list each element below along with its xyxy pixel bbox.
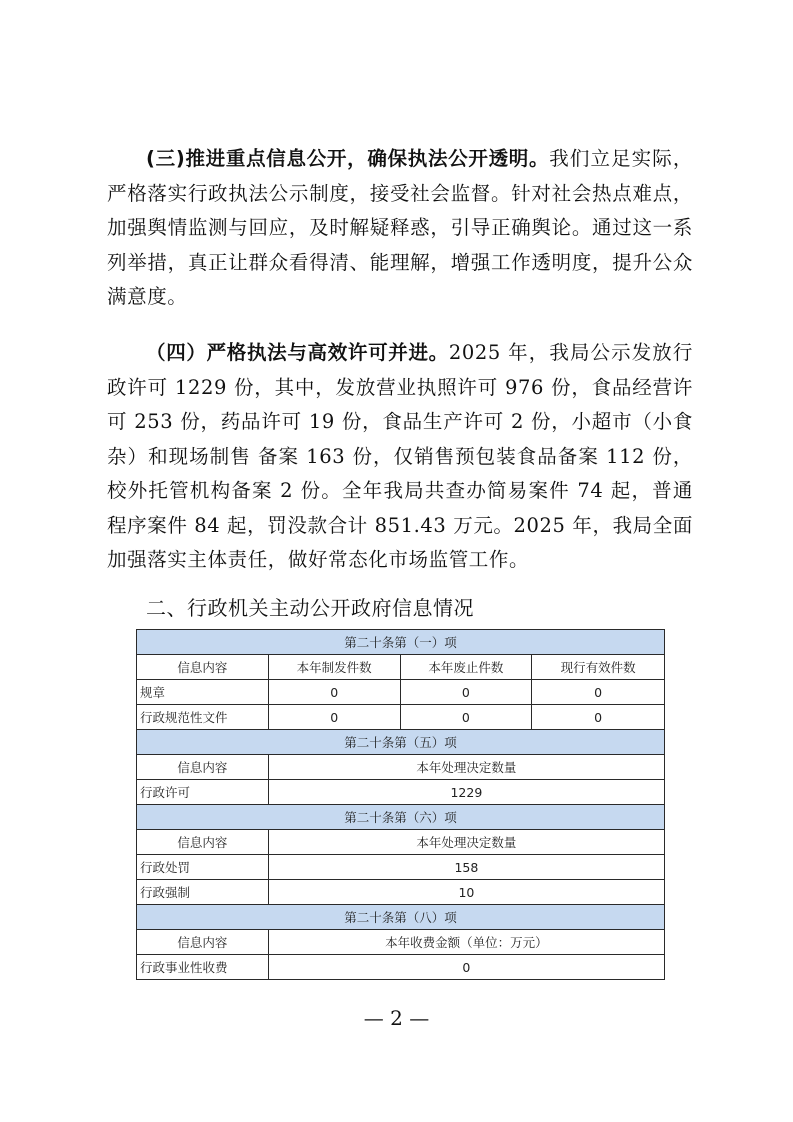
section-4-paragraph: （四）严格执法与高效许可并进。2025 年，我局公示发放行政许可 1229 份，… bbox=[107, 336, 693, 578]
cell-value: 0 bbox=[400, 705, 532, 730]
info-disclosure-table: 第二十条第（一）项 信息内容 本年制发件数 本年废止件数 现行有效件数 规章 0… bbox=[136, 629, 665, 980]
section-4-body: 2025 年，我局公示发放行政许可 1229 份，其中，发放营业执照许可 976… bbox=[107, 341, 693, 571]
cell-value: 0 bbox=[268, 705, 400, 730]
row-label: 行政规范性文件 bbox=[137, 705, 269, 730]
cell-value: 10 bbox=[268, 880, 664, 905]
col-header: 本年收费金额（单位：万元） bbox=[268, 930, 664, 955]
col-header: 信息内容 bbox=[137, 830, 269, 855]
table-row: 行政强制 10 bbox=[137, 880, 665, 905]
row-label: 行政许可 bbox=[137, 780, 269, 805]
row-label: 行政事业性收费 bbox=[137, 955, 269, 980]
col-header: 本年处理决定数量 bbox=[268, 830, 664, 855]
col-header: 现行有效件数 bbox=[532, 655, 665, 680]
table-row: 行政处罚 158 bbox=[137, 855, 665, 880]
row-label: 规章 bbox=[137, 680, 269, 705]
section-heading: 二、行政机关主动公开政府信息情况 bbox=[146, 592, 474, 621]
section-3-paragraph: (三)推进重点信息公开，确保执法公开透明。我们立足实际，严格落实行政执法公示制度… bbox=[107, 142, 693, 315]
table-row: 行政事业性收费 0 bbox=[137, 955, 665, 980]
cell-value: 0 bbox=[532, 680, 665, 705]
page-number: — 2 — bbox=[0, 1006, 793, 1030]
section-3-body: 我们立足实际，严格落实行政执法公示制度，接受社会监督。针对社会热点难点，加强舆情… bbox=[107, 147, 693, 308]
section-title-8: 第二十条第（八）项 bbox=[137, 905, 665, 930]
section-3-title: (三)推进重点信息公开，确保执法公开透明。 bbox=[146, 147, 549, 170]
cell-value: 0 bbox=[268, 680, 400, 705]
col-header: 本年处理决定数量 bbox=[268, 755, 664, 780]
table-row: 行政规范性文件 0 0 0 bbox=[137, 705, 665, 730]
cell-value: 0 bbox=[268, 955, 664, 980]
cell-value: 0 bbox=[532, 705, 665, 730]
col-header: 本年废止件数 bbox=[400, 655, 532, 680]
section-title-5: 第二十条第（五）项 bbox=[137, 730, 665, 755]
col-header: 信息内容 bbox=[137, 655, 269, 680]
table-row: 规章 0 0 0 bbox=[137, 680, 665, 705]
col-header: 信息内容 bbox=[137, 930, 269, 955]
row-label: 行政强制 bbox=[137, 880, 269, 905]
table-row: 行政许可 1229 bbox=[137, 780, 665, 805]
section-4-title: （四）严格执法与高效许可并进。 bbox=[146, 341, 449, 364]
col-header: 本年制发件数 bbox=[268, 655, 400, 680]
row-label: 行政处罚 bbox=[137, 855, 269, 880]
cell-value: 158 bbox=[268, 855, 664, 880]
cell-value: 1229 bbox=[268, 780, 664, 805]
cell-value: 0 bbox=[400, 680, 532, 705]
col-header: 信息内容 bbox=[137, 755, 269, 780]
section-title-6: 第二十条第（六）项 bbox=[137, 805, 665, 830]
section-title-1: 第二十条第（一）项 bbox=[137, 630, 665, 655]
